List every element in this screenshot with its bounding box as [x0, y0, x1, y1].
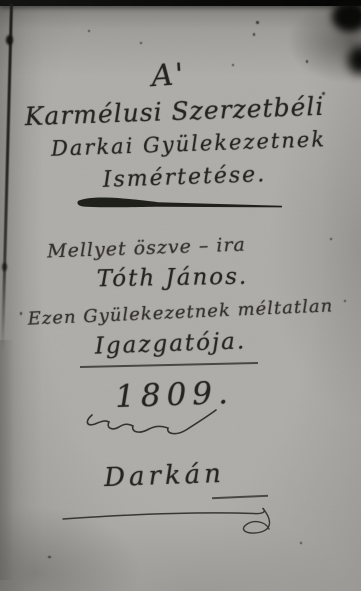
place-word-tail	[212, 495, 268, 499]
page-binding-edge	[1, 4, 13, 352]
paper-speck	[344, 300, 346, 302]
binding-ink-spot	[6, 35, 13, 45]
paper-speck	[322, 92, 325, 95]
role-underline	[80, 362, 258, 368]
place-underline-flourish	[60, 506, 276, 544]
paper-speck	[48, 556, 51, 558]
handwritten-author: Tóth János.	[0, 262, 353, 294]
handwritten-title-line3: Ismértetése.	[4, 159, 361, 197]
paper-speck	[88, 30, 90, 32]
year-flourish	[84, 407, 236, 443]
manuscript-photo: A' Karmélusi Szerzetbéli Darkai Gyülekez…	[0, 0, 361, 591]
handwritten-year: 1809.	[0, 371, 356, 420]
paper-speck	[232, 64, 234, 66]
handwritten-byline: Mellyet öszve – ira	[0, 231, 327, 266]
handwritten-title-line2: Darkai Gyülekezetnek	[8, 126, 361, 163]
binding-ink-spot	[2, 263, 7, 271]
handwritten-title-line1: Karmélusi Szerzetbéli	[0, 91, 355, 133]
ink-blotch	[332, 1, 361, 32]
paper-speck	[300, 542, 302, 544]
handwritten-role-line2: Igazgatója.	[0, 325, 351, 364]
paper-speck	[253, 33, 255, 36]
handwritten-article: A'	[0, 45, 350, 105]
ink-blotch	[348, 46, 361, 74]
paper-grain	[0, 0, 361, 591]
handwritten-role-line1: Ezen Gyülekezetnek méltatlan	[0, 294, 361, 331]
paper-speck	[256, 21, 259, 24]
paper-speck	[306, 60, 308, 63]
handwritten-place: Darkán	[0, 455, 345, 498]
photo-top-edge	[0, 0, 361, 6]
paper-speck	[140, 42, 142, 44]
thick-ink-underline	[76, 196, 286, 212]
left-edge-shadow	[0, 340, 14, 580]
paper-shading	[0, 0, 361, 591]
paper-speck	[20, 312, 22, 315]
paper-speck	[330, 238, 332, 240]
